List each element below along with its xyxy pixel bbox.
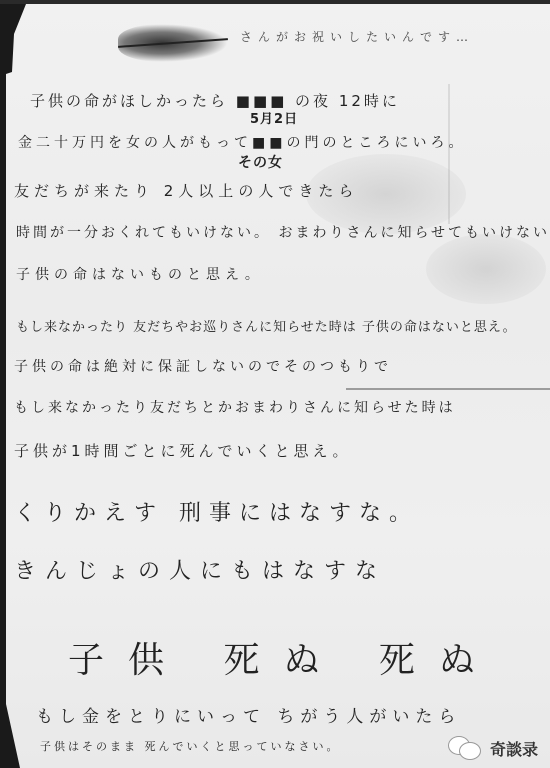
letter-line-6: もし来なかったり 友だちやお巡りさんに知らせた時は 子供の命はないと思え。 [16,316,517,335]
letter-line-9: 子供が1時間ごとに死んでいくと思え。 [14,440,351,461]
stain [426,234,546,304]
watermark-label: 奇談录 [490,737,538,760]
letter-line-4: 時間が一分おくれてもいけない。 おまわりさんに知らせてもいけない。 [16,222,550,242]
watermark: 奇談录 [448,736,538,760]
header-line: さんがお祝いしたいんです… [240,28,474,45]
letter-line-7: 子供の命は絶対に保証しないのでそのつもりで [14,356,392,376]
woman-annotation: その女 [238,152,283,172]
letter-line-1: 子供の命がほしかったら ■■■ の夜 12時に [30,90,400,111]
letter-line-13: 子供はそのまま 死んでいくと思っていなさい。 [40,738,341,754]
crossed-out-title [118,24,228,62]
letter-line-12: もし金をとりにいって ちがう人がいたら [36,702,461,727]
letter-line-2: 金二十万円を女の人がもって■■の門のところにいろ。 [18,132,466,152]
letter-line-5: 子供の命はないものと思え。 [16,264,264,284]
letter-line-11: きんじょの人にもはなすな [14,554,386,585]
paper-fold-line [346,388,550,390]
letter-line-10: くりかえす 刑事にはなすな。 [14,496,419,527]
wechat-icon [448,736,482,760]
letter-line-large: 子供 死ぬ 死ぬ [68,632,499,683]
photo-top-edge [0,0,550,4]
letter-line-8: もし来なかったり友だちとかおまわりさんに知らせた時は [14,397,456,417]
paper-crease [448,84,450,224]
date-annotation: 5月2日 [250,108,298,127]
letter-line-3: 友だちが来たり 2人以上の人できたら [14,180,358,201]
